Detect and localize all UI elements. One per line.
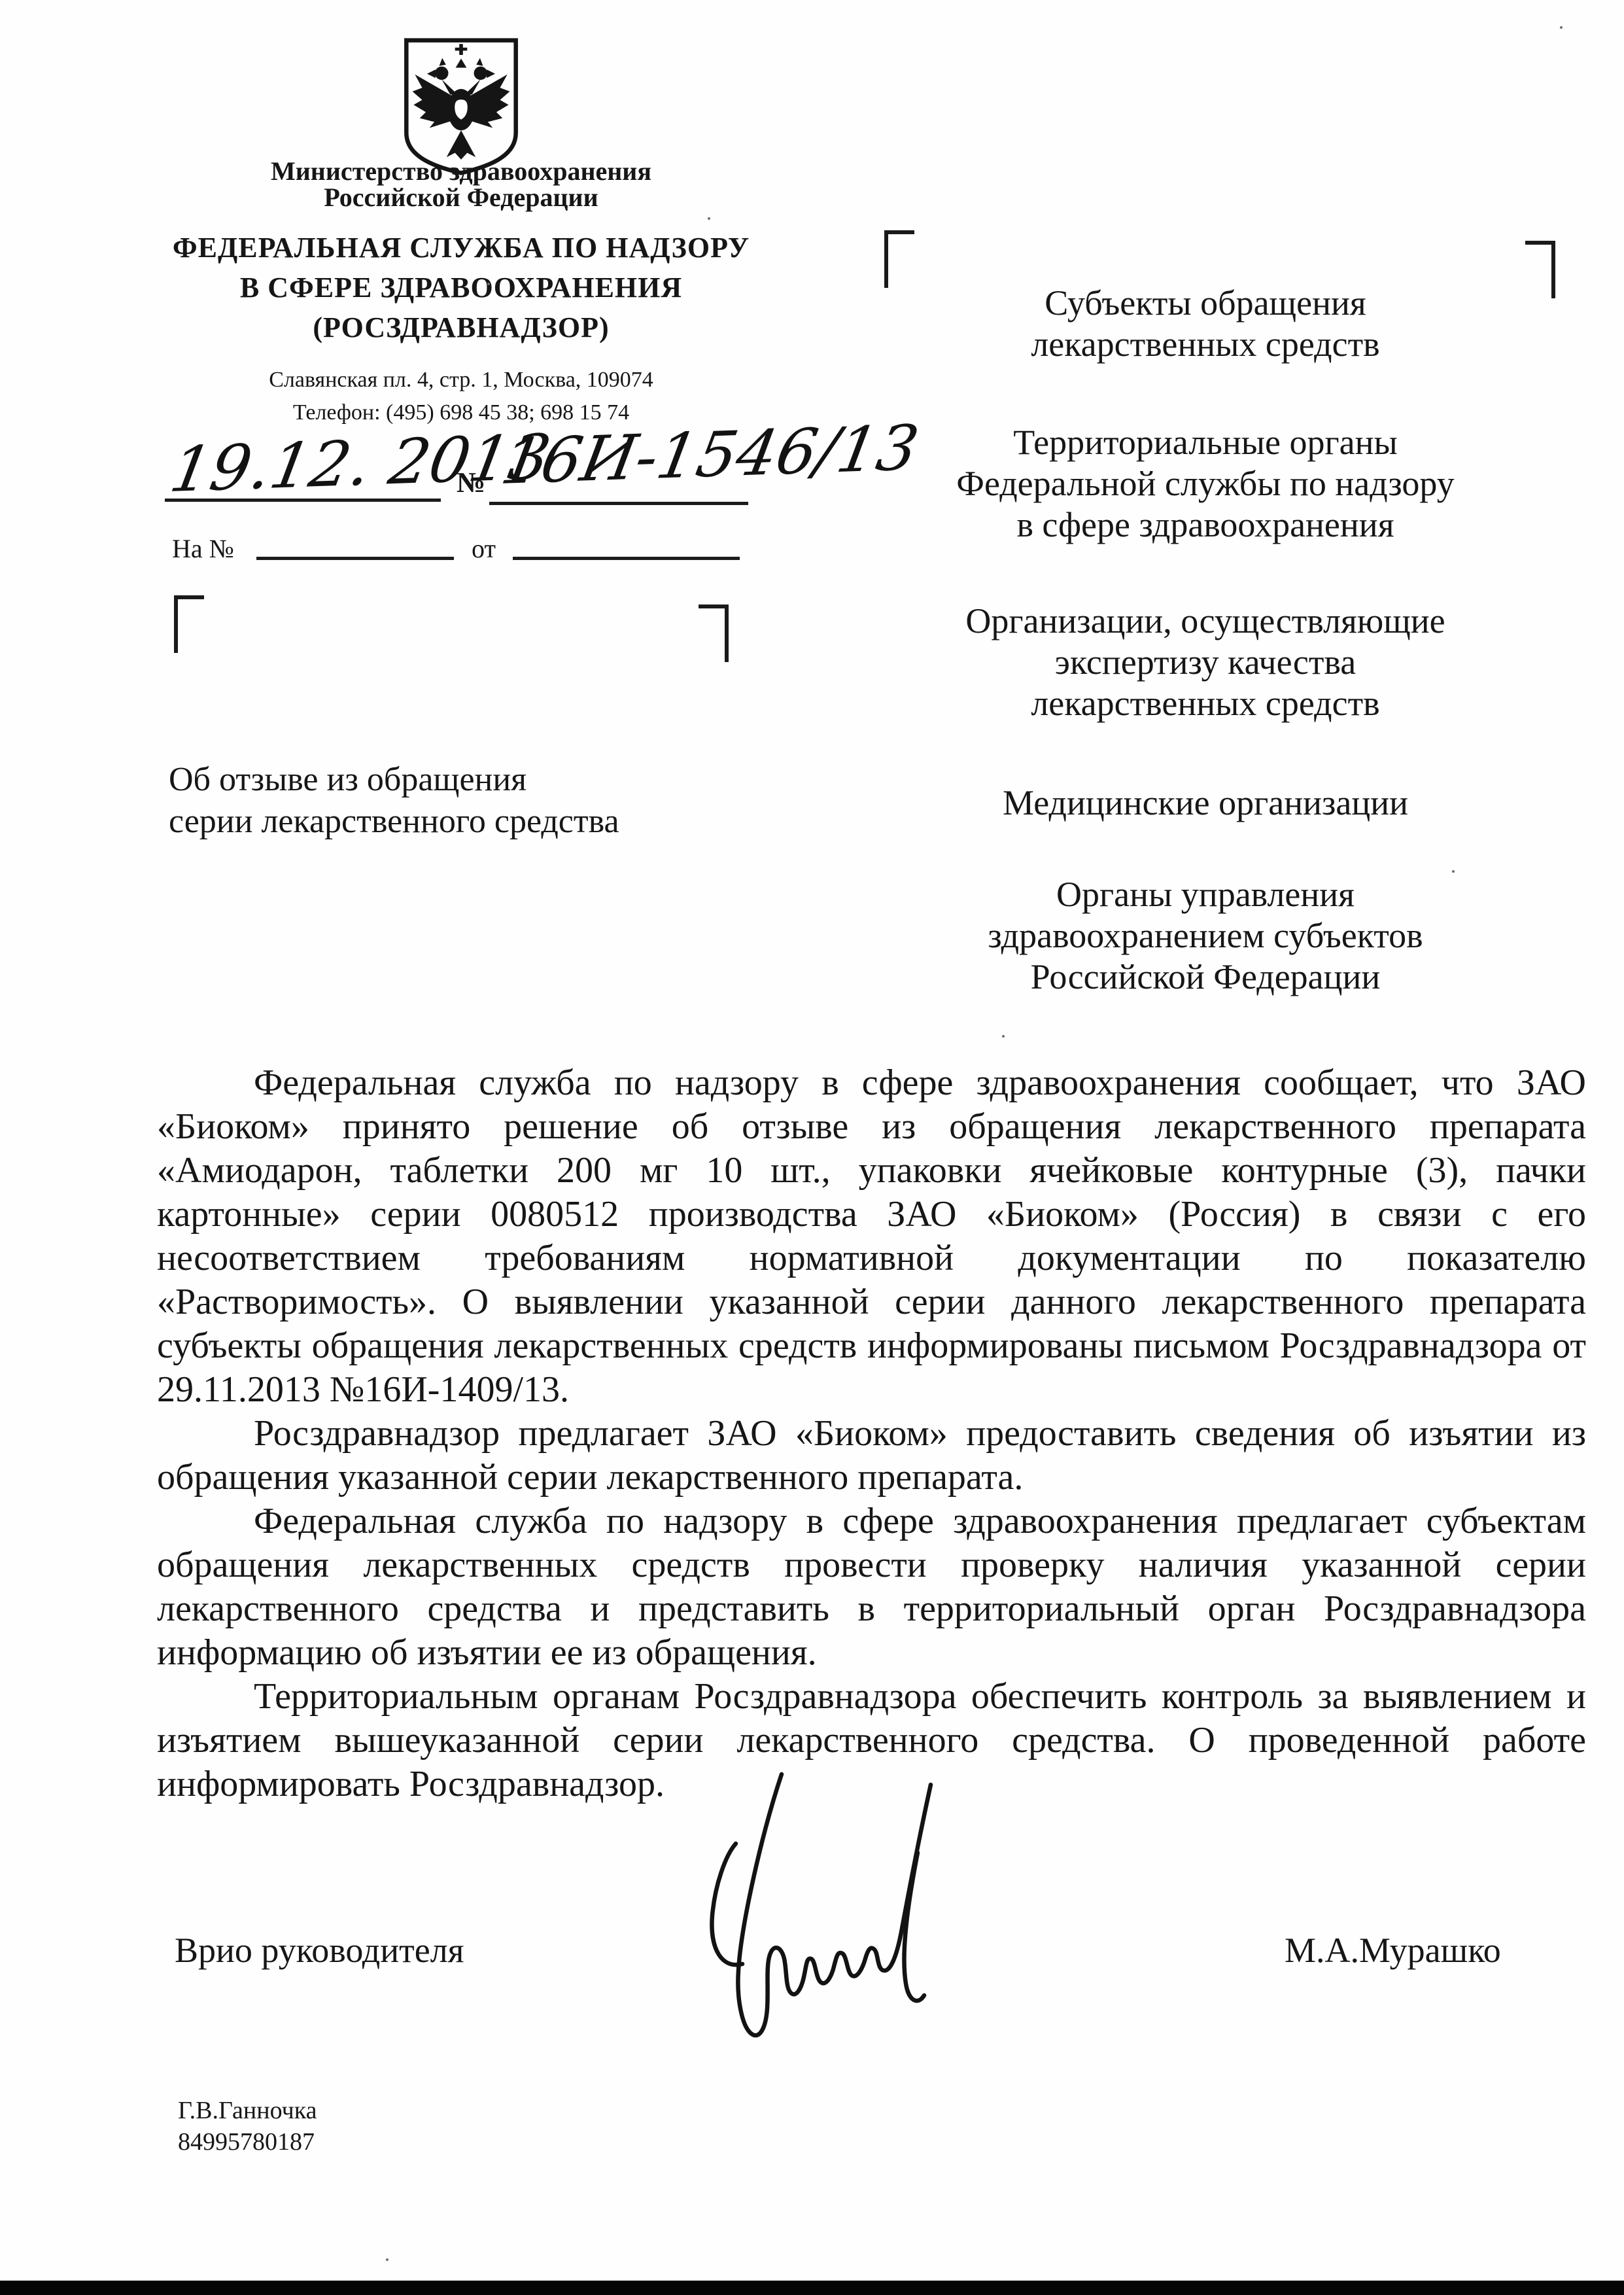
recipient-expert-organizations: Организации, осуществляющие экспертизу к…: [911, 601, 1500, 724]
service-name: ФЕДЕРАЛЬНАЯ СЛУЖБА ПО НАДЗОРУ В СФЕРЕ ЗД…: [150, 228, 772, 347]
scan-speck: [1452, 870, 1455, 873]
subject-line-1: Об отзыве из обращения: [169, 759, 666, 801]
recipient-line: Территориальные органы: [911, 422, 1500, 463]
stamp-corner-mark-right: [699, 604, 729, 662]
recipient-line: здравоохранением субъектов: [911, 915, 1500, 956]
letter-body: Федеральная служба по надзору в сфере зд…: [157, 1061, 1586, 1806]
recipient-line: Субъекты обращения: [911, 283, 1500, 324]
recipient-line: в сфере здравоохранения: [911, 504, 1500, 546]
ministry-line-1: Министерство здравоохранения: [199, 158, 723, 184]
stamp-corner-mark-left: [174, 595, 204, 653]
executor-phone: 84995780187: [178, 2126, 317, 2158]
scan-speck: [1002, 1035, 1005, 1038]
letterhead-contacts: Славянская пл. 4, стр. 1, Москва, 109074…: [150, 364, 772, 429]
signer-position-label: Врио руководителя: [175, 1930, 464, 1971]
reply-number-blank: [256, 557, 454, 560]
recipient-health-authorities: Органы управления здравоохранением субъе…: [911, 874, 1500, 998]
ministry-name: Министерство здравоохранения Российской …: [199, 158, 723, 211]
service-line-3: (РОСЗДРАВНАДЗОР): [150, 307, 772, 347]
scan-speck: [487, 283, 490, 285]
reply-to-number-label: На №: [172, 533, 234, 564]
number-underline: [489, 502, 748, 505]
recipient-line: Организации, осуществляющие: [911, 601, 1500, 642]
scan-artifact-bar: [0, 2281, 1624, 2295]
date-underline: [165, 499, 441, 502]
body-paragraph-3: Федеральная служба по надзору в сфере зд…: [157, 1499, 1586, 1675]
recipient-subjects-of-circulation: Субъекты обращения лекарственных средств: [911, 283, 1500, 365]
executor-block: Г.В.Ганночка 84995780187: [178, 2095, 317, 2158]
recipient-line: Медицинские организации: [911, 782, 1500, 824]
service-line-2: В СФЕРЕ ЗДРАВООХРАНЕНИЯ: [150, 268, 772, 307]
recipient-line: лекарственных средств: [911, 683, 1500, 724]
scan-speck: [708, 217, 710, 220]
body-paragraph-1: Федеральная служба по надзору в сфере зд…: [157, 1061, 1586, 1412]
subject-line-2: серии лекарственного средства: [169, 801, 666, 843]
recipient-line: лекарственных средств: [911, 324, 1500, 365]
scan-speck: [386, 2258, 389, 2261]
recipient-line: экспертизу качества: [911, 642, 1500, 683]
letterhead-address: Славянская пл. 4, стр. 1, Москва, 109074: [150, 364, 772, 396]
recipient-line: Российской Федерации: [911, 956, 1500, 998]
recipient-territorial-bodies: Территориальные органы Федеральной служб…: [911, 422, 1500, 546]
scanned-letter-page: Министерство здравоохранения Российской …: [0, 0, 1624, 2295]
number-sign: №: [457, 466, 485, 499]
service-line-1: ФЕДЕРАЛЬНАЯ СЛУЖБА ПО НАДЗОРУ: [150, 228, 772, 268]
addressee-corner-mark-top-right: [1525, 241, 1555, 298]
handwritten-signature: [644, 1748, 1014, 2062]
scan-speck: [1560, 26, 1563, 29]
executor-name: Г.В.Ганночка: [178, 2095, 317, 2126]
ministry-line-2: Российской Федерации: [199, 184, 723, 211]
reply-date-blank: [513, 557, 740, 560]
body-paragraph-2: Росздравнадзор предлагает ЗАО «Биоком» п…: [157, 1412, 1586, 1499]
addressee-corner-mark-top-left: [884, 230, 914, 288]
recipient-medical-organizations: Медицинские организации: [911, 782, 1500, 824]
reply-from-label: от: [472, 533, 496, 564]
handwritten-outgoing-number: 16И-1546/13: [496, 412, 924, 499]
signer-name: М.А.Мурашко: [1285, 1930, 1501, 1971]
letter-subject: Об отзыве из обращения серии лекарственн…: [169, 759, 666, 843]
recipient-line: Органы управления: [911, 874, 1500, 915]
recipient-line: Федеральной службы по надзору: [911, 463, 1500, 504]
